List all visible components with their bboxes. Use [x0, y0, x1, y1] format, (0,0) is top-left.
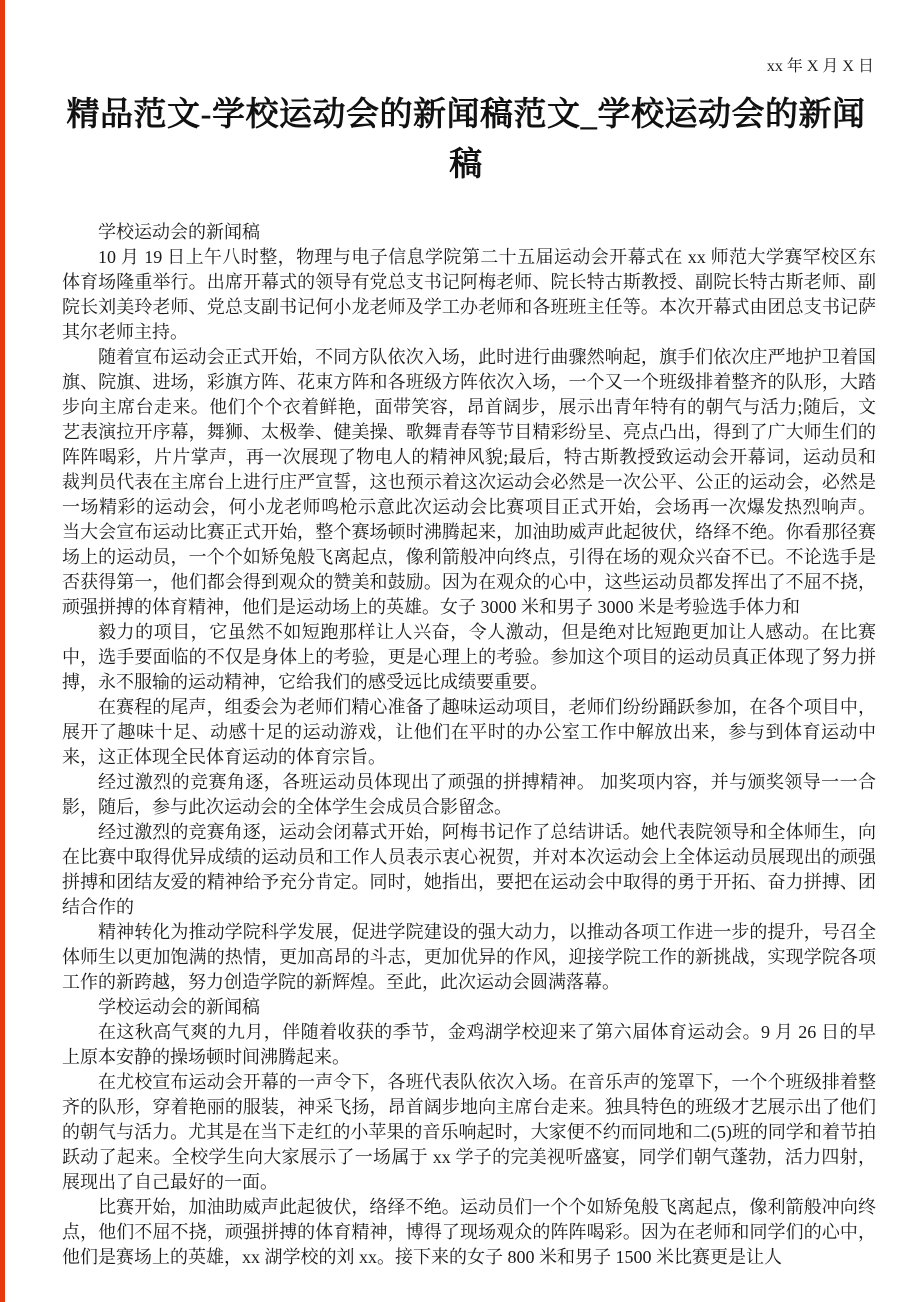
paragraph: 比赛开始，加油助威声此起彼伏，络绎不绝。运动员们一个个如矫兔般飞离起点，像利箭般…: [62, 1195, 876, 1270]
paragraph: 学校运动会的新闻稿: [62, 220, 876, 245]
paragraph: 精神转化为推动学院科学发展，促进学院建设的强大动力，以推动各项工作进一步的提升，…: [62, 920, 876, 995]
paragraph: 随着宣布运动会正式开始，不同方队依次入场，此时进行曲骤然响起，旗手们依次庄严地护…: [62, 345, 876, 620]
document-page: xx 年 X 月 X 日 精品范文-学校运动会的新闻稿范文_学校运动会的新闻稿 …: [0, 0, 920, 1302]
paragraph: 经过激烈的竞赛角逐，运动会闭幕式开始，阿梅书记作了总结讲话。她代表院领导和全体师…: [62, 820, 876, 920]
paragraph: 在这秋高气爽的九月，伴随着收获的季节，金鸡湖学校迎来了第六届体育运动会。9 月 …: [62, 1020, 876, 1070]
document-body: 学校运动会的新闻稿10 月 19 日上午八时整，物理与电子信息学院第二十五届运动…: [62, 220, 876, 1270]
document-date: xx 年 X 月 X 日: [0, 56, 874, 78]
paragraph: 经过激烈的竞赛角逐，各班运动员体现出了顽强的拼搏精神。 加奖项内容，并与颁奖领导…: [62, 770, 876, 820]
document-title: 精品范文-学校运动会的新闻稿范文_学校运动会的新闻稿: [52, 90, 880, 190]
paragraph: 在尤校宣布运动会开幕的一声令下，各班代表队依次入场。在音乐声的笼罩下，一个个班级…: [62, 1070, 876, 1195]
paragraph: 在赛程的尾声，组委会为老师们精心准备了趣味运动项目，老师们纷纷踊跃参加，在各个项…: [62, 695, 876, 770]
paragraph: 毅力的项目，它虽然不如短跑那样让人兴奋，令人激动，但是绝对比短跑更加让人感动。在…: [62, 620, 876, 695]
paragraph: 学校运动会的新闻稿: [62, 995, 876, 1020]
paragraph: 10 月 19 日上午八时整，物理与电子信息学院第二十五届运动会开幕式在 xx …: [62, 245, 876, 345]
left-margin-accent-line: [0, 0, 5, 1302]
